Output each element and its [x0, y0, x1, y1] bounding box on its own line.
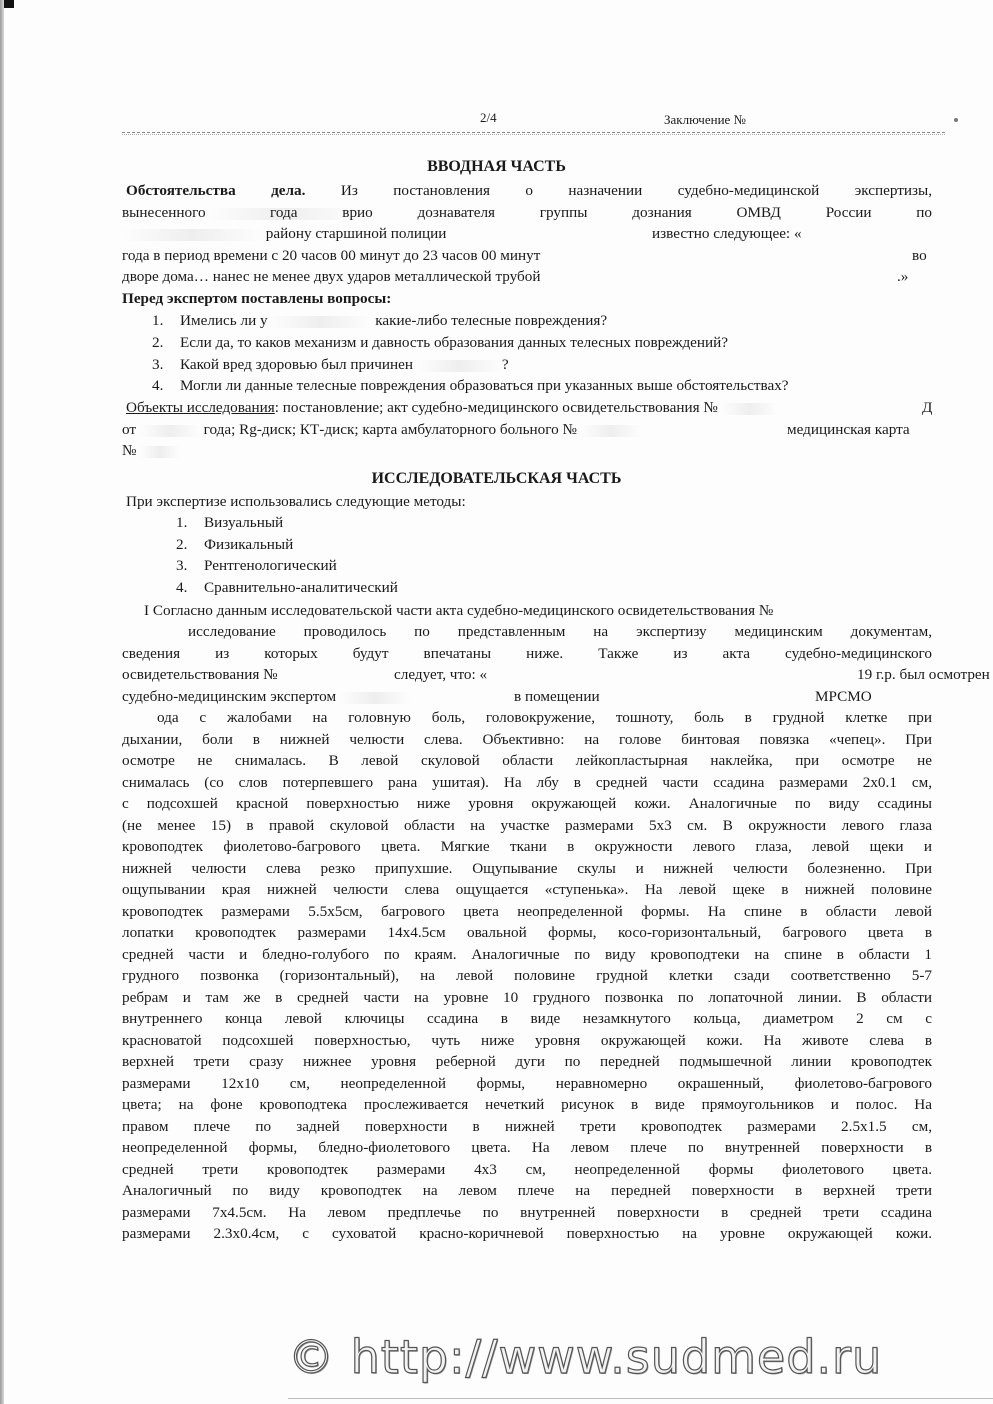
conclusion-number-label: Заключение №: [664, 112, 746, 128]
research-para-line: размерами 12х10 см, неопределенной формы…: [122, 1075, 932, 1093]
method-item: 3.Рентгенологический: [176, 557, 986, 575]
objects-text: года; Rg-диск; КТ-диск; карта амбулаторн…: [204, 421, 577, 438]
research-para-line: (не менее 15) в правой скуловой области …: [122, 817, 932, 835]
questions-heading: Перед экспертом поставлены вопросы:: [122, 290, 932, 308]
method-number: 4.: [176, 579, 204, 597]
research-para-line: освидетельствования № следует, что: « 19…: [122, 666, 932, 684]
objects-text: №: [122, 442, 137, 459]
question-item: 3.Какой вред здоровью был причинен ?: [152, 356, 962, 374]
circumstances-label: Обстоятельства дела.: [126, 182, 305, 199]
research-para-line: средней части и бледно-голубого по краям…: [122, 946, 932, 964]
objects-line-3: №: [122, 442, 932, 460]
redacted-region: [340, 692, 410, 704]
redacted-region: [417, 360, 502, 372]
redacted-region: [122, 229, 262, 241]
objects-line-1: Объекты исследования: постановление; акт…: [122, 399, 932, 417]
method-text: Физикальный: [204, 536, 293, 553]
question-text: Какой вред здоровью был причинен: [180, 356, 413, 373]
intro-text: дворе дома… нанес не менее двух ударов м…: [122, 268, 541, 285]
method-item: 2.Физикальный: [176, 536, 986, 554]
method-text: Визуальный: [204, 514, 283, 531]
header-divider: [122, 132, 945, 133]
research-para-line: размерами 2.3х0.4см, с суховатой красно-…: [122, 1225, 932, 1243]
scan-speck: [954, 118, 958, 122]
intro-text: во: [912, 247, 927, 265]
question-item: 1.Имелись ли у какие-либо телесные повре…: [152, 312, 962, 330]
objects-line-2: от года; Rg-диск; КТ-диск; карта амбулат…: [122, 421, 932, 439]
research-section-title: ИССЛЕДОВАТЕЛЬСКАЯ ЧАСТЬ: [0, 470, 993, 488]
question-item: 2.Если да, то каков механизм и давность …: [152, 334, 962, 352]
research-text: освидетельствования №: [122, 666, 278, 683]
redacted-region: [140, 446, 180, 458]
intro-text: вынесенного: [122, 204, 206, 221]
research-para-line: исследование проводилось по представленн…: [188, 623, 932, 641]
question-number: 2.: [152, 334, 180, 352]
research-text: 19 г.р. был осмотрен: [857, 666, 990, 684]
research-para-line: осмотре не снималась. В левой скуловой о…: [122, 752, 932, 770]
question-text: ?: [502, 356, 509, 373]
method-text: Сравнительно-аналитический: [204, 579, 398, 596]
question-item: 4.Могли ли данные телесные повреждения о…: [152, 377, 962, 395]
research-para-line: судебно-медицинским экспертом в помещени…: [122, 688, 932, 706]
method-number: 2.: [176, 536, 204, 554]
research-para-line: цвета; на фоне кровоподтека прослеживает…: [122, 1096, 932, 1114]
intro-line-5: дворе дома… нанес не менее двух ударов м…: [122, 268, 932, 286]
scan-left-edge: [0, 0, 4, 1404]
research-text: следует, что: «: [394, 666, 487, 684]
intro-text: району старшиной полиции: [266, 225, 447, 242]
method-item: 4.Сравнительно-аналитический: [176, 579, 986, 597]
research-para-line: дыхании, боли в нижней челюсти слева. Об…: [122, 731, 932, 749]
methods-intro: При экспертизе использовались следующие …: [126, 493, 936, 511]
intro-line-1: Обстоятельства дела. Из постановления о …: [122, 182, 932, 200]
bottom-divider: [288, 1398, 993, 1399]
research-para-line: размерами 7х4.5см. На левом предплечье п…: [122, 1204, 932, 1222]
intro-section-title: ВВОДНАЯ ЧАСТЬ: [0, 158, 993, 176]
method-number: 1.: [176, 514, 204, 532]
watermark-copyright: © http://www.sudmed.ru: [288, 1330, 882, 1384]
intro-text: года врио дознавателя группы дознания ОМ…: [270, 204, 932, 222]
research-text: судебно-медицинским экспертом: [122, 688, 336, 705]
intro-line-3: району старшиной полиции известно следую…: [122, 225, 932, 243]
method-number: 3.: [176, 557, 204, 575]
research-para-line: ребрам и там же в средней части на уровн…: [122, 989, 932, 1007]
research-para-line: верхней трети сразу нижнее уровня реберн…: [122, 1053, 932, 1071]
intro-line-2: вынесенного года врио дознавателя группы…: [122, 204, 932, 222]
objects-text: : постановление; акт судебно-медицинског…: [275, 399, 718, 416]
research-para-line: ода с жалобами на головную боль, головок…: [157, 709, 932, 727]
question-text: Если да, то каков механизм и давность об…: [180, 334, 728, 351]
research-text: МРСМО: [815, 688, 872, 706]
redacted-region: [271, 316, 371, 328]
method-item: 1.Визуальный: [176, 514, 986, 532]
question-text: какие-либо телесные повреждения?: [375, 312, 607, 329]
intro-text: Из постановления о назначении судебно-ме…: [341, 182, 932, 199]
research-text: в помещении: [514, 688, 600, 706]
research-para-line: I Согласно данным исследовательской част…: [144, 602, 932, 620]
page-number: 2/4: [480, 110, 497, 126]
intro-line-4: года в период времени с 20 часов 00 мину…: [122, 247, 932, 265]
header-divider-secondary: [122, 134, 945, 135]
research-para-line: кровоподтек фиолетово-багрового цвета. М…: [122, 838, 932, 856]
research-para-line: красноватой подсохшей поверхностью, чуть…: [122, 1032, 932, 1050]
question-text: Имелись ли у: [180, 312, 268, 329]
research-para-line: внутреннего конца левой ключицы ссадина …: [122, 1010, 932, 1028]
research-para-line: снималась (со слов потерпевшего рана уши…: [122, 774, 932, 792]
intro-text: .»: [897, 268, 908, 286]
research-para-line: нижней челюсти слева резко припухшие. Ощ…: [122, 860, 932, 878]
question-number: 3.: [152, 356, 180, 374]
question-text: Могли ли данные телесные повреждения обр…: [180, 377, 789, 394]
research-para-line: неопределенной формы, бледно-фиолетового…: [122, 1139, 932, 1157]
research-para-line: сведения из которых будут впечатаны ниже…: [122, 645, 932, 663]
research-para-line: грудного позвонка (горизонтальный), на л…: [122, 967, 932, 985]
research-para-line: лопатки кровоподтек размерами 14х4.5см о…: [122, 924, 932, 942]
research-para-line: ощупывании края нижней челюсти слева ощу…: [122, 881, 932, 899]
method-text: Рентгенологический: [204, 557, 337, 574]
objects-text: Д: [922, 399, 932, 417]
research-para-line: кровоподтек размерами 5.5х5см, багрового…: [122, 903, 932, 921]
question-number: 1.: [152, 312, 180, 330]
redacted-region: [722, 403, 777, 415]
question-number: 4.: [152, 377, 180, 395]
objects-text: медицинская карта: [787, 421, 910, 439]
research-para-line: с подсохшей красной поверхностью ниже ур…: [122, 795, 932, 813]
intro-text: известно следующее: «: [652, 225, 802, 243]
redacted-region: [140, 425, 200, 437]
objects-text: от: [122, 421, 136, 438]
research-para-line: Аналогичный по виду кровоподтек на левом…: [122, 1182, 932, 1200]
research-para-line: правом плече по задней поверхности в ниж…: [122, 1118, 932, 1136]
objects-label: Объекты исследования: [126, 399, 275, 416]
intro-text: года в период времени с 20 часов 00 мину…: [122, 247, 540, 264]
redacted-region: [581, 425, 641, 437]
research-para-line: средней трети кровоподтек размерами 4х3 …: [122, 1161, 932, 1179]
